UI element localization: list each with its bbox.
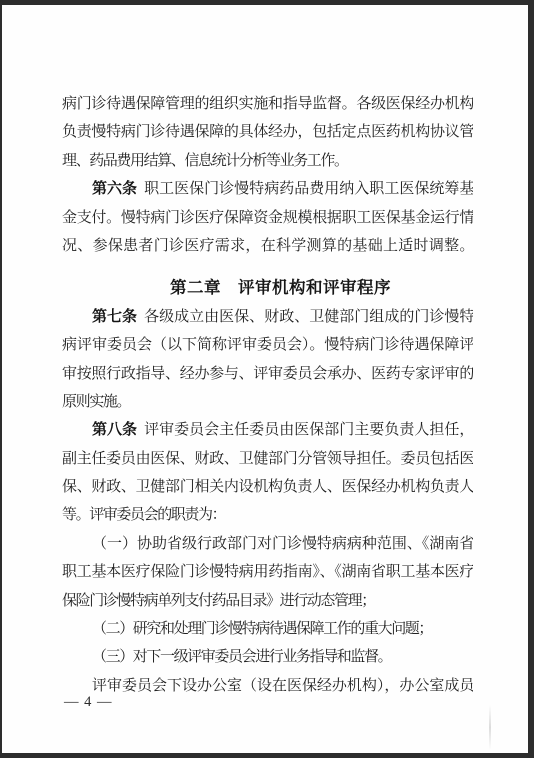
- text-line: 副主任委员由医保、财政、卫健部门分管领导担任。委员包括医: [62, 445, 473, 473]
- article-number: 第七条: [92, 309, 137, 325]
- page-border-left: [0, 0, 2, 758]
- article-text: 各级成立由医保、财政、卫健部门组成的门诊慢特: [144, 309, 473, 325]
- text-line: 第七条各级成立由医保、财政、卫健部门组成的门诊慢特: [62, 303, 473, 331]
- text-line: 第六条职工医保门诊慢特病药品费用纳入职工医保统筹基: [62, 175, 473, 203]
- text-line: 金支付。慢特病门诊医疗保障资金规模根据职工医保基金运行情: [62, 204, 473, 232]
- article-text: 职工医保门诊慢特病药品费用纳入职工医保统筹基: [144, 181, 473, 197]
- text-line: 原则实施。: [62, 388, 473, 416]
- text-line: 保、财政、卫健部门相关内设机构负责人、医保经办机构负责人: [62, 473, 473, 501]
- text-line: 理、药品费用结算、信息统计分析等业务工作。: [62, 147, 473, 175]
- text-line: 评审委员会下设办公室（设在医保经办机构），办公室成员: [62, 672, 473, 700]
- page-border-top: [0, 0, 534, 5]
- text-line: 病门诊待遇保障管理的组织实施和指导监督。各级医保经办机构: [62, 90, 473, 118]
- text-line: （一）协助省级行政部门对门诊慢特病病种范围、《湖南省: [62, 530, 473, 558]
- page-number: — 4 —: [64, 694, 113, 711]
- text-line: 负责慢特病门诊待遇保障的具体经办，包括定点医药机构协议管: [62, 118, 473, 146]
- scan-artifact: [489, 705, 491, 750]
- text-line: 病评审委员会（以下简称评审委员会）。慢特病门诊待遇保障评: [62, 331, 473, 359]
- article-number: 第六条: [92, 181, 137, 197]
- text-line: 等。评审委员会的职责为：: [62, 501, 473, 529]
- text-line: 审按照行政指导、经办参与、评审委员会承办、医药专家评审的: [62, 360, 473, 388]
- document-body: 病门诊待遇保障管理的组织实施和指导监督。各级医保经办机构负责慢特病门诊待遇保障的…: [62, 90, 473, 700]
- text-line: （三）对下一级评审委员会进行业务指导和监督。: [62, 643, 473, 671]
- chapter-heading: 第二章 评审机构和评审程序: [62, 274, 473, 302]
- text-line: （二）研究和处理门诊慢特病待遇保障工作的重大问题；: [62, 615, 473, 643]
- article-text: 评审委员会主任委员由医保部门主要负责人担任，: [144, 422, 473, 438]
- article-number: 第八条: [92, 422, 137, 438]
- text-line: 况、参保患者门诊医疗需求，在科学测算的基础上适时调整。: [62, 232, 473, 260]
- page-border-right: [528, 0, 534, 758]
- text-line: 第八条评审委员会主任委员由医保部门主要负责人担任，: [62, 416, 473, 444]
- page-border-bottom: [0, 753, 534, 758]
- text-line: 职工基本医疗保险门诊慢特病用药指南》、《湖南省职工基本医疗: [62, 558, 473, 586]
- text-line: 保险门诊慢特病单列支付药品目录》进行动态管理；: [62, 587, 473, 615]
